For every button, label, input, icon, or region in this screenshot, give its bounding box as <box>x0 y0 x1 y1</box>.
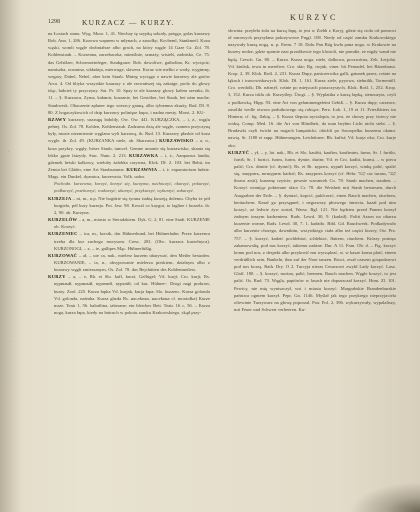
page-number: 1298 <box>48 19 70 25</box>
headword: KURZOWAĆ <box>48 253 77 258</box>
entry-text: – ył, – y, lat. nak., Bh. et Slo. kauřit… <box>234 150 396 312</box>
binding-gutter-shadow <box>0 0 22 512</box>
entry-text: – ica, m., korsik, das Hühnerhund, bei H… <box>54 231 210 250</box>
headword: KURZAWISKO <box>159 138 193 143</box>
entry-text: – a, m., miasto w Sieradzkiem. Dyk. G. 2… <box>54 217 210 229</box>
headword: KURZAWKA <box>129 153 158 158</box>
headword: KURZENIEC <box>48 231 78 236</box>
margin-speck: · <box>10 340 12 345</box>
continuation-text: słownia: przyłeła żola na kurzą łapę, to… <box>228 27 396 149</box>
dictionary-entry: KURZENIEC – ica, m., korsik, das Hühnerh… <box>48 230 210 251</box>
headword: KURZAWNIA <box>126 167 157 172</box>
running-head-right: KURZYC <box>290 13 338 22</box>
left-column: na Łosiach stanu. Wyg. Morz. 1, 41. Niec… <box>48 30 210 316</box>
entry-text: – a, – e, Bh. et Slo. kuří, kurzí, Geflü… <box>54 274 210 315</box>
derivatives-note: Pochodn. kurzewna, korzyć, korzyć się, k… <box>48 180 210 194</box>
entry-text: – ni, m., n.p. Nie bogdzie się tyrana ża… <box>54 196 210 215</box>
margin-speck: · <box>8 150 10 155</box>
right-column: słownia: przyłeła żola na kurzą łapę, to… <box>228 27 396 313</box>
dictionary-entry: KURZOWAĆ – ał, – uie ca, nak., mielerz k… <box>48 252 210 273</box>
headword: KURZYĆ <box>228 150 249 155</box>
headword: KURZELÓW <box>48 217 77 222</box>
dictionary-entry: RZAWY kurzawy, uszaugę ładoldy, Ow. Ow. … <box>48 116 210 180</box>
continuation-text: na Łosiach stanu. Wyg. Morz. 1, 41. Niec… <box>48 30 210 116</box>
dictionary-entry: KURZELÓW – a, m., miasto w Sieradzkiem. … <box>48 216 210 230</box>
headword: KURZEJA <box>48 196 71 201</box>
dictionary-entry: KURZYĆ – ył, – y, lat. nak., Bh. et Slo.… <box>228 149 396 314</box>
headword: KURZY <box>48 274 66 279</box>
dictionary-entry: KURZY – a, – e, Bh. et Slo. kuří, kurzí,… <box>48 273 210 316</box>
entry-text: – ał, – uie ca, nak., mielerz kurzem uba… <box>54 253 210 272</box>
dictionary-entry: KURZEJA – ni, m., n.p. Nie bogdzie się t… <box>48 195 210 216</box>
running-head-left: KURZACZ — KURZY. <box>82 18 175 27</box>
headword: RZAWY <box>48 117 66 122</box>
page-header-left: 1298 KURZACZ — KURZY. <box>48 17 203 27</box>
page-corner-shadow <box>350 482 420 512</box>
scanned-page: 1298 KURZACZ — KURZY. KURZYC na Łosiach … <box>0 0 420 512</box>
